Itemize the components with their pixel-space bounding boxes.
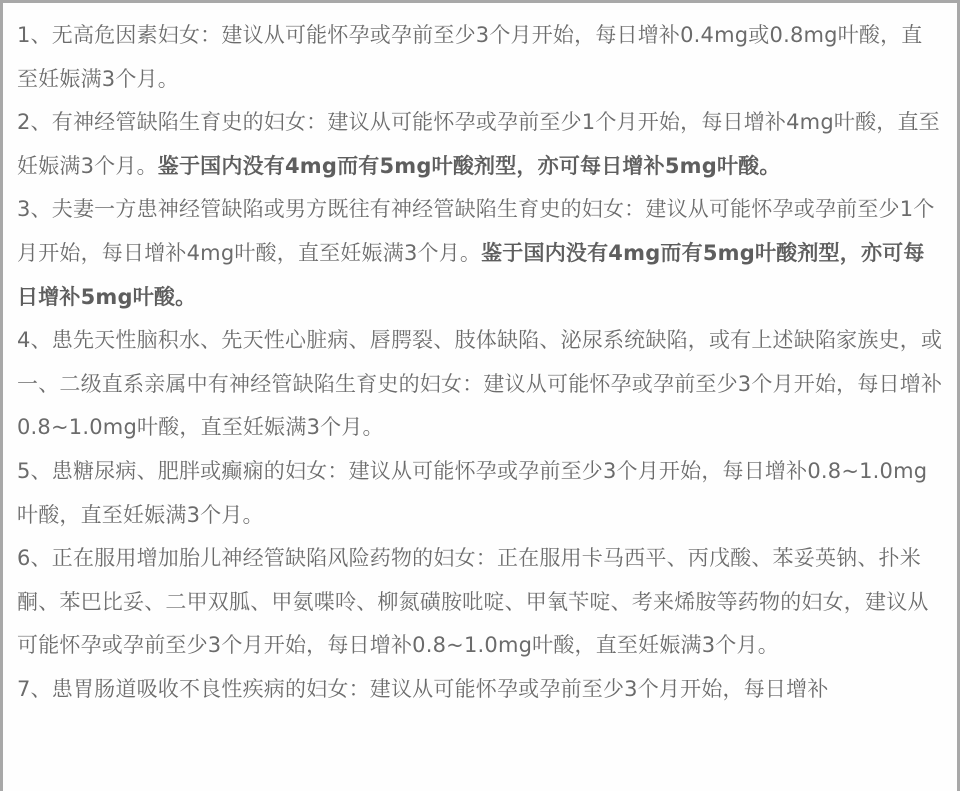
guideline-item-7: 7、患胃肠道吸收不良性疾病的妇女：建议从可能怀孕或孕前至少3个月开始，每日增补 <box>17 668 943 712</box>
guideline-item-1: 1、无高危因素妇女：建议从可能怀孕或孕前至少3个月开始，每日增补0.4mg或0.… <box>17 14 943 101</box>
item-bold-note: 鉴于国内没有4mg而有5mg叶酸剂型，亦可每日增补5mg叶酸。 <box>158 154 781 178</box>
item-text: 正在服用增加胎儿神经管缺陷风险药物的妇女：正在服用卡马西平、丙戊酸、苯妥英钠、扑… <box>17 546 929 657</box>
guideline-item-2: 2、有神经管缺陷生育史的妇女：建议从可能怀孕或孕前至少1个月开始，每日增补4mg… <box>17 101 943 188</box>
item-text: 患先天性脑积水、先天性心脏病、唇腭裂、肢体缺陷、泌尿系统缺陷，或有上述缺陷家族史… <box>17 328 942 439</box>
item-text: 无高危因素妇女：建议从可能怀孕或孕前至少3个月开始，每日增补0.4mg或0.8m… <box>17 23 923 91</box>
document-frame: 1、无高危因素妇女：建议从可能怀孕或孕前至少3个月开始，每日增补0.4mg或0.… <box>0 0 960 791</box>
item-text: 患胃肠道吸收不良性疾病的妇女：建议从可能怀孕或孕前至少3个月开始，每日增补 <box>52 677 829 701</box>
item-number: 7、 <box>17 677 52 701</box>
guideline-item-6: 6、正在服用增加胎儿神经管缺陷风险药物的妇女：正在服用卡马西平、丙戊酸、苯妥英钠… <box>17 537 943 668</box>
item-number: 3、 <box>17 197 52 221</box>
item-number: 6、 <box>17 546 52 570</box>
item-text: 患糖尿病、肥胖或癫痫的妇女：建议从可能怀孕或孕前至少3个月开始，每日增补0.8~… <box>17 459 927 527</box>
item-number: 1、 <box>17 23 52 47</box>
guideline-item-3: 3、夫妻一方患神经管缺陷或男方既往有神经管缺陷生育史的妇女：建议从可能怀孕或孕前… <box>17 188 943 319</box>
item-number: 5、 <box>17 459 52 483</box>
item-number: 4、 <box>17 328 52 352</box>
item-number: 2、 <box>17 110 52 134</box>
guideline-item-5: 5、患糖尿病、肥胖或癫痫的妇女：建议从可能怀孕或孕前至少3个月开始，每日增补0.… <box>17 450 943 537</box>
guideline-item-4: 4、患先天性脑积水、先天性心脏病、唇腭裂、肢体缺陷、泌尿系统缺陷，或有上述缺陷家… <box>17 319 943 450</box>
folic-acid-guidelines: 1、无高危因素妇女：建议从可能怀孕或孕前至少3个月开始，每日增补0.4mg或0.… <box>17 14 943 712</box>
